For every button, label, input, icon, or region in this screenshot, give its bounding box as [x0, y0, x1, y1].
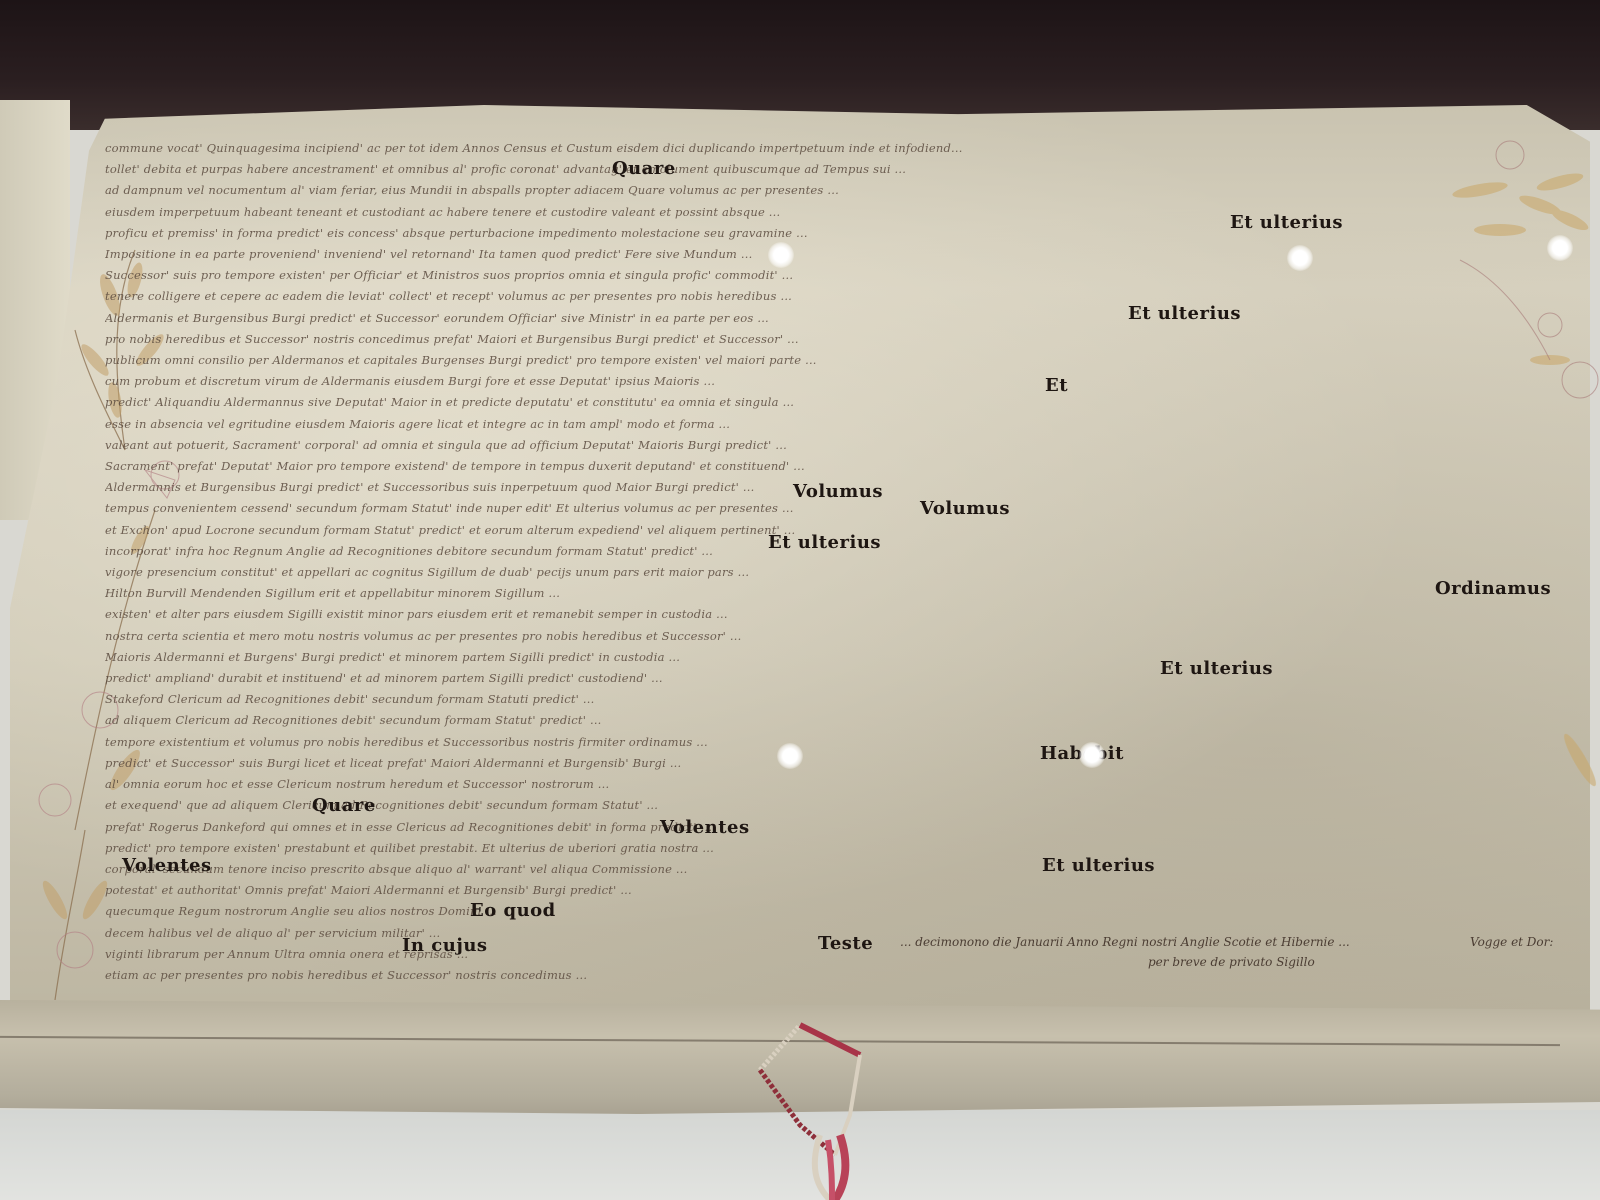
text-line: Stakeford Clericum ad Recognitiones debi…	[105, 689, 1435, 710]
text-line: prefat' Rogerus Dankeford qui omnes et i…	[105, 817, 1435, 838]
floral-margin-right-icon	[1420, 120, 1600, 1000]
heading-ordinamus: Ordinamus	[1435, 578, 1551, 599]
text-line: Sacrament' prefat' Deputat' Maior pro te…	[105, 456, 1435, 477]
heading-et-ulterius: Et ulterius	[1128, 303, 1241, 324]
heading-volumus: Volumus	[793, 481, 883, 502]
heading-et-ulterius: Et ulterius	[1160, 658, 1273, 679]
text-line: Hilton Burvill Mendenden Sigillum erit e…	[105, 583, 1435, 604]
text-line: cum probum et discretum virum de Alderma…	[105, 371, 1435, 392]
text-line: commune vocat' Quinquagesima incipiend' …	[105, 138, 1435, 159]
heading-volumus: Volumus	[920, 498, 1010, 519]
text-line: potestat' et authoritat' Omnis prefat' M…	[105, 880, 1435, 901]
heading-et-ulterius: Et ulterius	[1230, 212, 1343, 233]
text-line: predict' et Successor' suis Burgi licet …	[105, 753, 1435, 774]
text-line: quecumque Regum nostrorum Anglie seu ali…	[105, 901, 1435, 922]
heading-volentes: Volentes	[122, 855, 212, 876]
text-line: ad aliquem Clericum ad Recognitiones deb…	[105, 710, 1435, 731]
text-line: Successor' suis pro tempore existen' per…	[105, 265, 1435, 286]
text-line: al' omnia eorum hoc et esse Clericum nos…	[105, 774, 1435, 795]
text-line: et exequend' que ad aliquem Clericum ad …	[105, 795, 1435, 816]
text-line: predict' pro tempore existen' prestabunt…	[105, 838, 1435, 859]
heading-et: Et	[1045, 375, 1068, 396]
seal-cord-icon	[740, 1015, 920, 1200]
text-line: tollet' debita et purpas habere ancestra…	[105, 159, 1435, 180]
warrant-line: per breve de privato Sigillo	[1148, 955, 1315, 969]
text-line: pro nobis heredibus et Successor' nostri…	[105, 329, 1435, 350]
heading-eo-quod: Eo quod	[470, 900, 556, 921]
text-line: predict' Aliquandiu Aldermannus sive Dep…	[105, 392, 1435, 413]
heading-teste: Teste	[818, 933, 873, 954]
text-line: existen' et alter pars eiusdem Sigilli e…	[105, 604, 1435, 625]
heading-et-ulterius: Et ulterius	[1042, 855, 1155, 876]
light-glare	[768, 242, 794, 268]
light-glare	[1287, 245, 1313, 271]
heading-in-cujus: In cujus	[402, 935, 488, 956]
text-line: nostra certa scientia et mero motu nostr…	[105, 626, 1435, 647]
light-glare	[1547, 235, 1573, 261]
text-line: corporal' secundum tenore inciso prescri…	[105, 859, 1435, 880]
text-line: tempus convenientem cessend' secundum fo…	[105, 498, 1435, 519]
text-line: valeant aut potuerit, Sacrament' corpora…	[105, 435, 1435, 456]
light-glare	[1079, 742, 1105, 768]
text-line: ad dampnum vel nocumentum al' viam feria…	[105, 180, 1435, 201]
charter-body-text: commune vocat' Quinquagesima incipiend' …	[105, 138, 1435, 986]
scribe-signature: Vogge et Dor:	[1470, 935, 1553, 949]
text-line: publicum omni consilio per Aldermanos et…	[105, 350, 1435, 371]
heading-et-ulterius: Et ulterius	[768, 532, 881, 553]
text-line: tempore existentium et volumus pro nobis…	[105, 732, 1435, 753]
light-glare	[777, 743, 803, 769]
date-line: ... decimonono die Januarii Anno Regni n…	[900, 935, 1350, 949]
text-line: vigore presencium constitut' et appellar…	[105, 562, 1435, 583]
heading-quare: Quare	[612, 158, 676, 179]
heading-quare: Quare	[312, 795, 376, 816]
text-line: esse in absencia vel egritudine eiusdem …	[105, 414, 1435, 435]
heading-volentes: Volentes	[660, 817, 750, 838]
text-line: Aldermannis et Burgensibus Burgi predict…	[105, 477, 1435, 498]
